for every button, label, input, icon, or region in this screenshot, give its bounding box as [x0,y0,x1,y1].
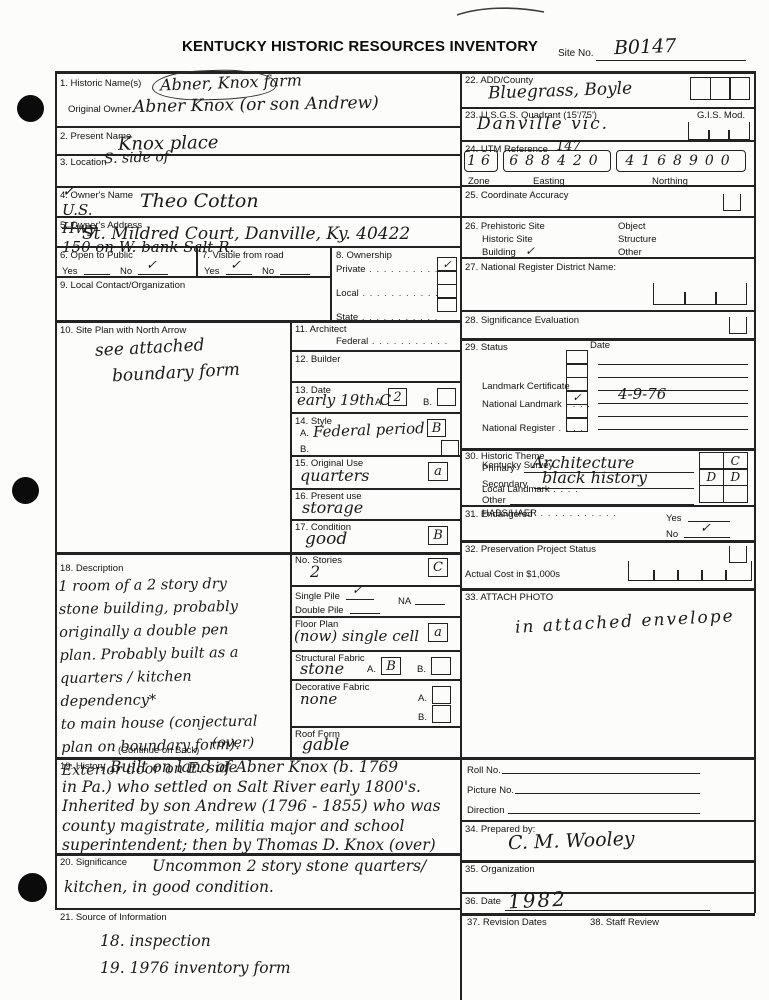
status-date-line-1 [598,365,748,378]
endangered-no-label: No [666,529,678,540]
hole-punch [17,95,44,122]
ownership-label: 8. Ownership [336,250,392,261]
open-yes-line [84,262,110,275]
actual-cost-label: Actual Cost in $1,000s [465,569,560,580]
utm-zone-label: Zone [468,176,490,187]
visible-no-line [280,262,310,275]
endangered-no-check: ✓ [700,521,711,537]
style-b-label: B. [300,444,309,455]
original-use-box: a [428,462,448,481]
structural-b-box [431,657,451,675]
owner-address-value: St. Mildred Court, Danville, Ky. 40422 [82,224,410,245]
history-text: Built on land of Abner Knox (b. 1769 in … [62,758,754,856]
decorative-a-label: A. [418,693,427,704]
preservation-status-label: 32. Preservation Project Status [465,544,596,555]
single-pile-label: Single Pile [295,591,340,602]
original-use-value: quarters [300,466,370,486]
attach-photo-value: in attached envelope [515,606,736,639]
usgs-quadrant-value: Danville vic. [477,114,609,135]
building-check: ✓ [525,244,535,259]
roof-form-value: gable [302,735,349,756]
prepared-by-value: C. M. Wooley [508,828,635,856]
decorative-a-box [432,686,451,704]
status-label: 29. Status [465,342,508,353]
site-no-value: B0147 [614,35,677,61]
building-label: Building [482,247,516,258]
historic-name-value: Abner, Knox farm [160,71,303,96]
description-label: 18. Description [60,563,123,574]
visible-no-label: No [262,266,274,277]
theme-secondary-label: Secondary [482,479,527,490]
decorative-fabric-value: none [300,690,337,709]
architect-label: 11. Architect [295,324,347,335]
original-owner-value: Abner Knox (or son Andrew) [133,93,379,119]
open-no-check: ✓ [146,258,157,274]
utm-easting-label: Easting [533,176,565,187]
stories-box: C [428,558,448,577]
hole-punch [12,477,39,504]
condition-value: good [305,529,347,550]
prehistoric-site-label: 26. Prehistoric Site [465,221,545,232]
form-page: KENTUCKY HISTORIC RESOURCES INVENTORY Si… [0,0,769,1000]
site-no-label: Site No. [558,48,594,59]
endangered-yes-label: Yes [666,513,682,524]
style-a-label: A. [300,428,309,439]
status-date-line-0 [598,352,748,365]
ownership-federal-checkbox [437,297,457,312]
condition-box: B [428,526,448,545]
endangered-label: 31. Endangered [465,509,533,520]
location-check: ✓ [62,182,75,200]
utm-reference-label: 24. UTM Reference [465,144,548,155]
attach-photo-label: 33. ATTACH PHOTO [465,592,553,603]
site-plan-label: 10. Site Plan with North Arrow [60,325,186,336]
theme-secondary-value: black history [542,468,647,488]
structural-b-label: B. [417,664,426,675]
visible-yes-check: ✓ [230,258,241,274]
description-over-note: (over) [212,735,254,753]
floor-plan-value: (now) single cell [294,627,419,646]
revision-dates-label: 37. Revision Dates [467,917,547,928]
page-title: KENTUCKY HISTORIC RESOURCES INVENTORY [160,38,560,55]
hole-punch [18,873,47,902]
floor-plan-box: a [428,623,448,642]
open-no-label: No [120,266,132,277]
structural-fabric-value: stone [300,659,344,679]
object-label: Object [618,221,645,232]
utm-northing-label: Northing [652,176,688,187]
nr-district-label: 27. National Register District Name: [465,262,616,273]
ownership-option-local: Local [336,288,769,299]
utm-reference-hand: 147 [556,139,581,155]
style-a-value: Federal period [313,419,425,442]
present-use-value: storage [302,498,363,518]
description-text: 1 room of a 2 story dry stone building, … [58,572,294,783]
coordinate-accuracy-label: 25. Coordinate Accuracy [465,190,569,201]
builder-label: 12. Builder [295,354,340,365]
visible-yes-label: Yes [204,266,220,277]
na-label: NA [398,596,411,607]
local-contact-label: 9. Local Contact/Organization [60,280,185,291]
date-value: early 19th C [297,391,391,410]
structural-a-box: B [381,657,401,675]
significance-text: Uncommon 2 story stone quarters/ kitchen… [64,856,724,898]
staff-review-label: 38. Staff Review [590,917,659,928]
na-line [415,592,445,605]
original-owner-label: Original Owner [68,104,131,115]
site-plan-value-1: see attached [95,335,206,362]
theme-primary-label: Primary [482,463,515,474]
date-b-label: B. [423,397,432,408]
date-bottom-value: 1982 [507,886,567,914]
actual-cost-boxes [628,561,752,581]
source-of-information-text: 18. inspection 19. 1976 inventory form [100,928,291,982]
status-date-label: Date [590,340,610,351]
gis-mod-boxes [688,122,750,140]
site-plan-value-2: boundary form [112,360,241,388]
ownership-option-federal: Federal [336,336,769,347]
historic-name-label: 1. Historic Name(s) [60,78,141,89]
structural-a-label: A. [367,664,376,675]
add-county-boxes [690,77,750,100]
significance-evaluation-label: 28. Significance Evaluation [465,315,579,326]
kentucky-survey-date: 4-9-76 [618,385,666,404]
gis-mod-label: G.I.S. Mod. [697,110,745,121]
decorative-b-label: B. [418,712,427,723]
stories-value: 2 [310,562,320,582]
stray-pen-mark [455,4,547,20]
date-b-box [437,388,456,406]
decorative-b-box [432,705,451,723]
add-county-value: Bluegrass, Boyle [488,78,633,104]
open-yes-label: Yes [62,266,78,277]
coordinate-accuracy-box [723,194,741,211]
source-of-information-label: 21. Source of Information [60,912,167,923]
location-prefix: U.S. [62,201,93,219]
single-pile-check: ✓ [352,583,362,598]
double-pile-label: Double Pile [295,605,344,616]
utm-northing-box: 4168900 [616,150,746,172]
double-pile-line [350,601,380,614]
structure-label: Structure [618,234,657,245]
status-item-landmark-certificate: Landmark Certificate [482,381,570,392]
owner-name-value: Theo Cotton [140,190,259,214]
status-item-national-register: National Register [482,423,769,434]
style-a-box: B [427,419,446,437]
theme-other-label: Other [482,495,506,506]
style-b-box [441,440,459,456]
other-site-label: Other [618,247,642,258]
